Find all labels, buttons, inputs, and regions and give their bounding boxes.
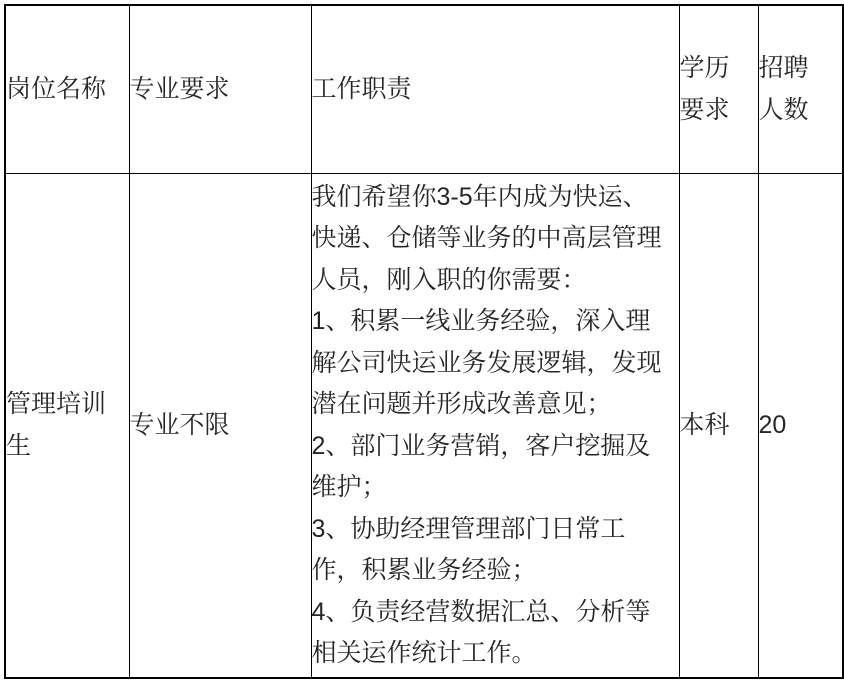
cell-education-requirement: 本科 [679, 174, 758, 679]
text-line: 3、协助经理管理部门日常工 [312, 509, 679, 551]
text-line: 我们希望你3-5年内成为快运、 [312, 177, 679, 219]
text-line: 2、部门业务营销，客户挖掘及 [312, 426, 679, 468]
text-line: 4、负责经营数据汇总、分析等 [312, 592, 679, 634]
text-line: 解公司快运业务发展逻辑，发现 [312, 343, 679, 385]
header-cell-major: 专业要求 [129, 5, 311, 174]
table-row: 管理培训生 专业不限 我们希望你3-5年内成为快运、快递、仓储等业务的中高层管理… [5, 174, 843, 679]
page: { "table": { "headers": { "position": "岗… [0, 0, 844, 681]
text-line: 潜在问题并形成改善意见； [312, 384, 679, 426]
cell-major-requirement: 专业不限 [129, 174, 311, 679]
text-line: 作，积累业务经验； [312, 550, 679, 592]
cell-position-name: 管理培训生 [5, 174, 129, 679]
header-cell-duties: 工作职责 [311, 5, 679, 174]
text-line: 人员，刚入职的你需要： [312, 260, 679, 302]
text-line: 招聘 [759, 48, 843, 90]
text-line: 要求 [680, 90, 758, 132]
text-line: 生 [6, 426, 129, 468]
text-line: 管理培训 [6, 384, 129, 426]
text-line: 快递、仓储等业务的中高层管理 [312, 218, 679, 260]
cell-headcount: 20 [758, 174, 843, 679]
header-cell-education: 学历要求 [679, 5, 758, 174]
cell-job-duties: 我们希望你3-5年内成为快运、快递、仓储等业务的中高层管理人员，刚入职的你需要：… [311, 174, 679, 679]
text-line: 相关运作统计工作。 [312, 633, 679, 675]
text-line: 人数 [759, 90, 843, 132]
text-line: 1、积累一线业务经验，深入理 [312, 301, 679, 343]
header-cell-position: 岗位名称 [5, 5, 129, 174]
text-line: 维护； [312, 467, 679, 509]
recruitment-table: 岗位名称 专业要求 工作职责 学历要求 招聘人数 管理培训生 专业不限 我们希望… [4, 4, 844, 679]
text-line: 学历 [680, 48, 758, 90]
header-cell-headcount: 招聘人数 [758, 5, 843, 174]
table-header-row: 岗位名称 专业要求 工作职责 学历要求 招聘人数 [5, 5, 843, 174]
